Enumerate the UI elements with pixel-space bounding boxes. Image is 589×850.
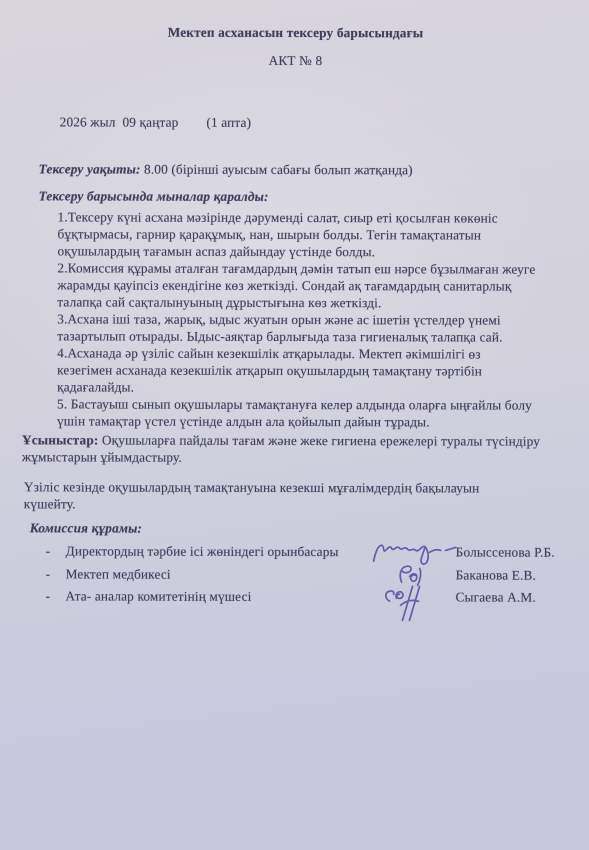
commission-members: - Директордың тәрбие ісі жөніндегі орынб… (0, 542, 589, 611)
suggestions-label: Ұсыныстар: (22, 432, 99, 447)
member-role: Ата- аналар комитетінің мүшесі (66, 587, 376, 605)
list-dash: - (42, 565, 66, 582)
date-value: 2026 жыл 09 қаңтар (60, 114, 179, 129)
member-name: Баканова Е.В. (456, 566, 589, 583)
check-time-value: 8.00 (бірінші ауысым сабағы болып жатқан… (141, 162, 413, 178)
commission-member-row: - Ата- аналар комитетінің мүшесі Сыгаева… (42, 587, 589, 611)
member-role: Директордың тәрбие ісі жөніндегі орынбас… (66, 542, 376, 560)
handwritten-signature-icon (377, 584, 427, 626)
act-number: АКТ № 8 (1, 51, 589, 70)
suggestions-paragraph: Ұсыныстар: Оқушыларға пайдалы тағам және… (22, 431, 542, 466)
inspection-items: 1.Тексеру күні асхана мәзірінде дәруменд… (57, 208, 536, 430)
commission-member-row: - Директордың тәрбие ісі жөніндегі орынб… (42, 542, 589, 566)
member-name: Болыссенова Р.Б. (456, 543, 589, 560)
note-paragraph: Үзіліс кезінде оқушылардың тамақтануына … (24, 478, 534, 513)
check-time-label: Тексеру уақыты: (39, 161, 141, 176)
list-dash: - (42, 587, 66, 604)
inspection-item: 3.Асхана іші таза, жарық, ыдыс жуатын ор… (57, 310, 535, 345)
inspection-item: 5. Бастауыш сынып оқушылары тамақтануға … (57, 395, 535, 430)
week-label: (1 апта) (206, 115, 251, 130)
member-role: Мектеп медбикесі (66, 565, 376, 583)
section-heading: Тексеру барысында мыналар қаралды: (39, 187, 589, 205)
list-dash: - (42, 542, 66, 559)
commission-heading: Комиссия құрамы: (30, 519, 589, 537)
date-line: 2026 жыл 09 қаңтар(1 апта) (39, 96, 589, 148)
inspection-item: 4.Асханада әр үзіліс сайын кезекшілік ат… (57, 344, 535, 396)
check-time-line: Тексеру уақыты: 8.00 (бірінші ауысым саб… (39, 160, 589, 178)
scanned-document-page: Мектеп асханасын тексеру барысындағы АКТ… (0, 0, 589, 850)
commission-member-row: - Мектеп медбикесі Баканова Е.В. (42, 565, 589, 589)
suggestions-text: Оқушыларға пайдалы тағам және жеке гигие… (22, 432, 540, 464)
document-content: Мектеп асханасын тексеру барысындағы АКТ… (0, 0, 589, 850)
inspection-item: 2.Комиссия құрамы аталған тағамдардың дә… (57, 259, 535, 311)
inspection-item: 1.Тексеру күні асхана мәзірінде дәруменд… (57, 208, 535, 260)
member-name: Сыгаева А.М. (456, 588, 589, 605)
page-title: Мектеп асханасын тексеру барысындағы (1, 23, 589, 42)
